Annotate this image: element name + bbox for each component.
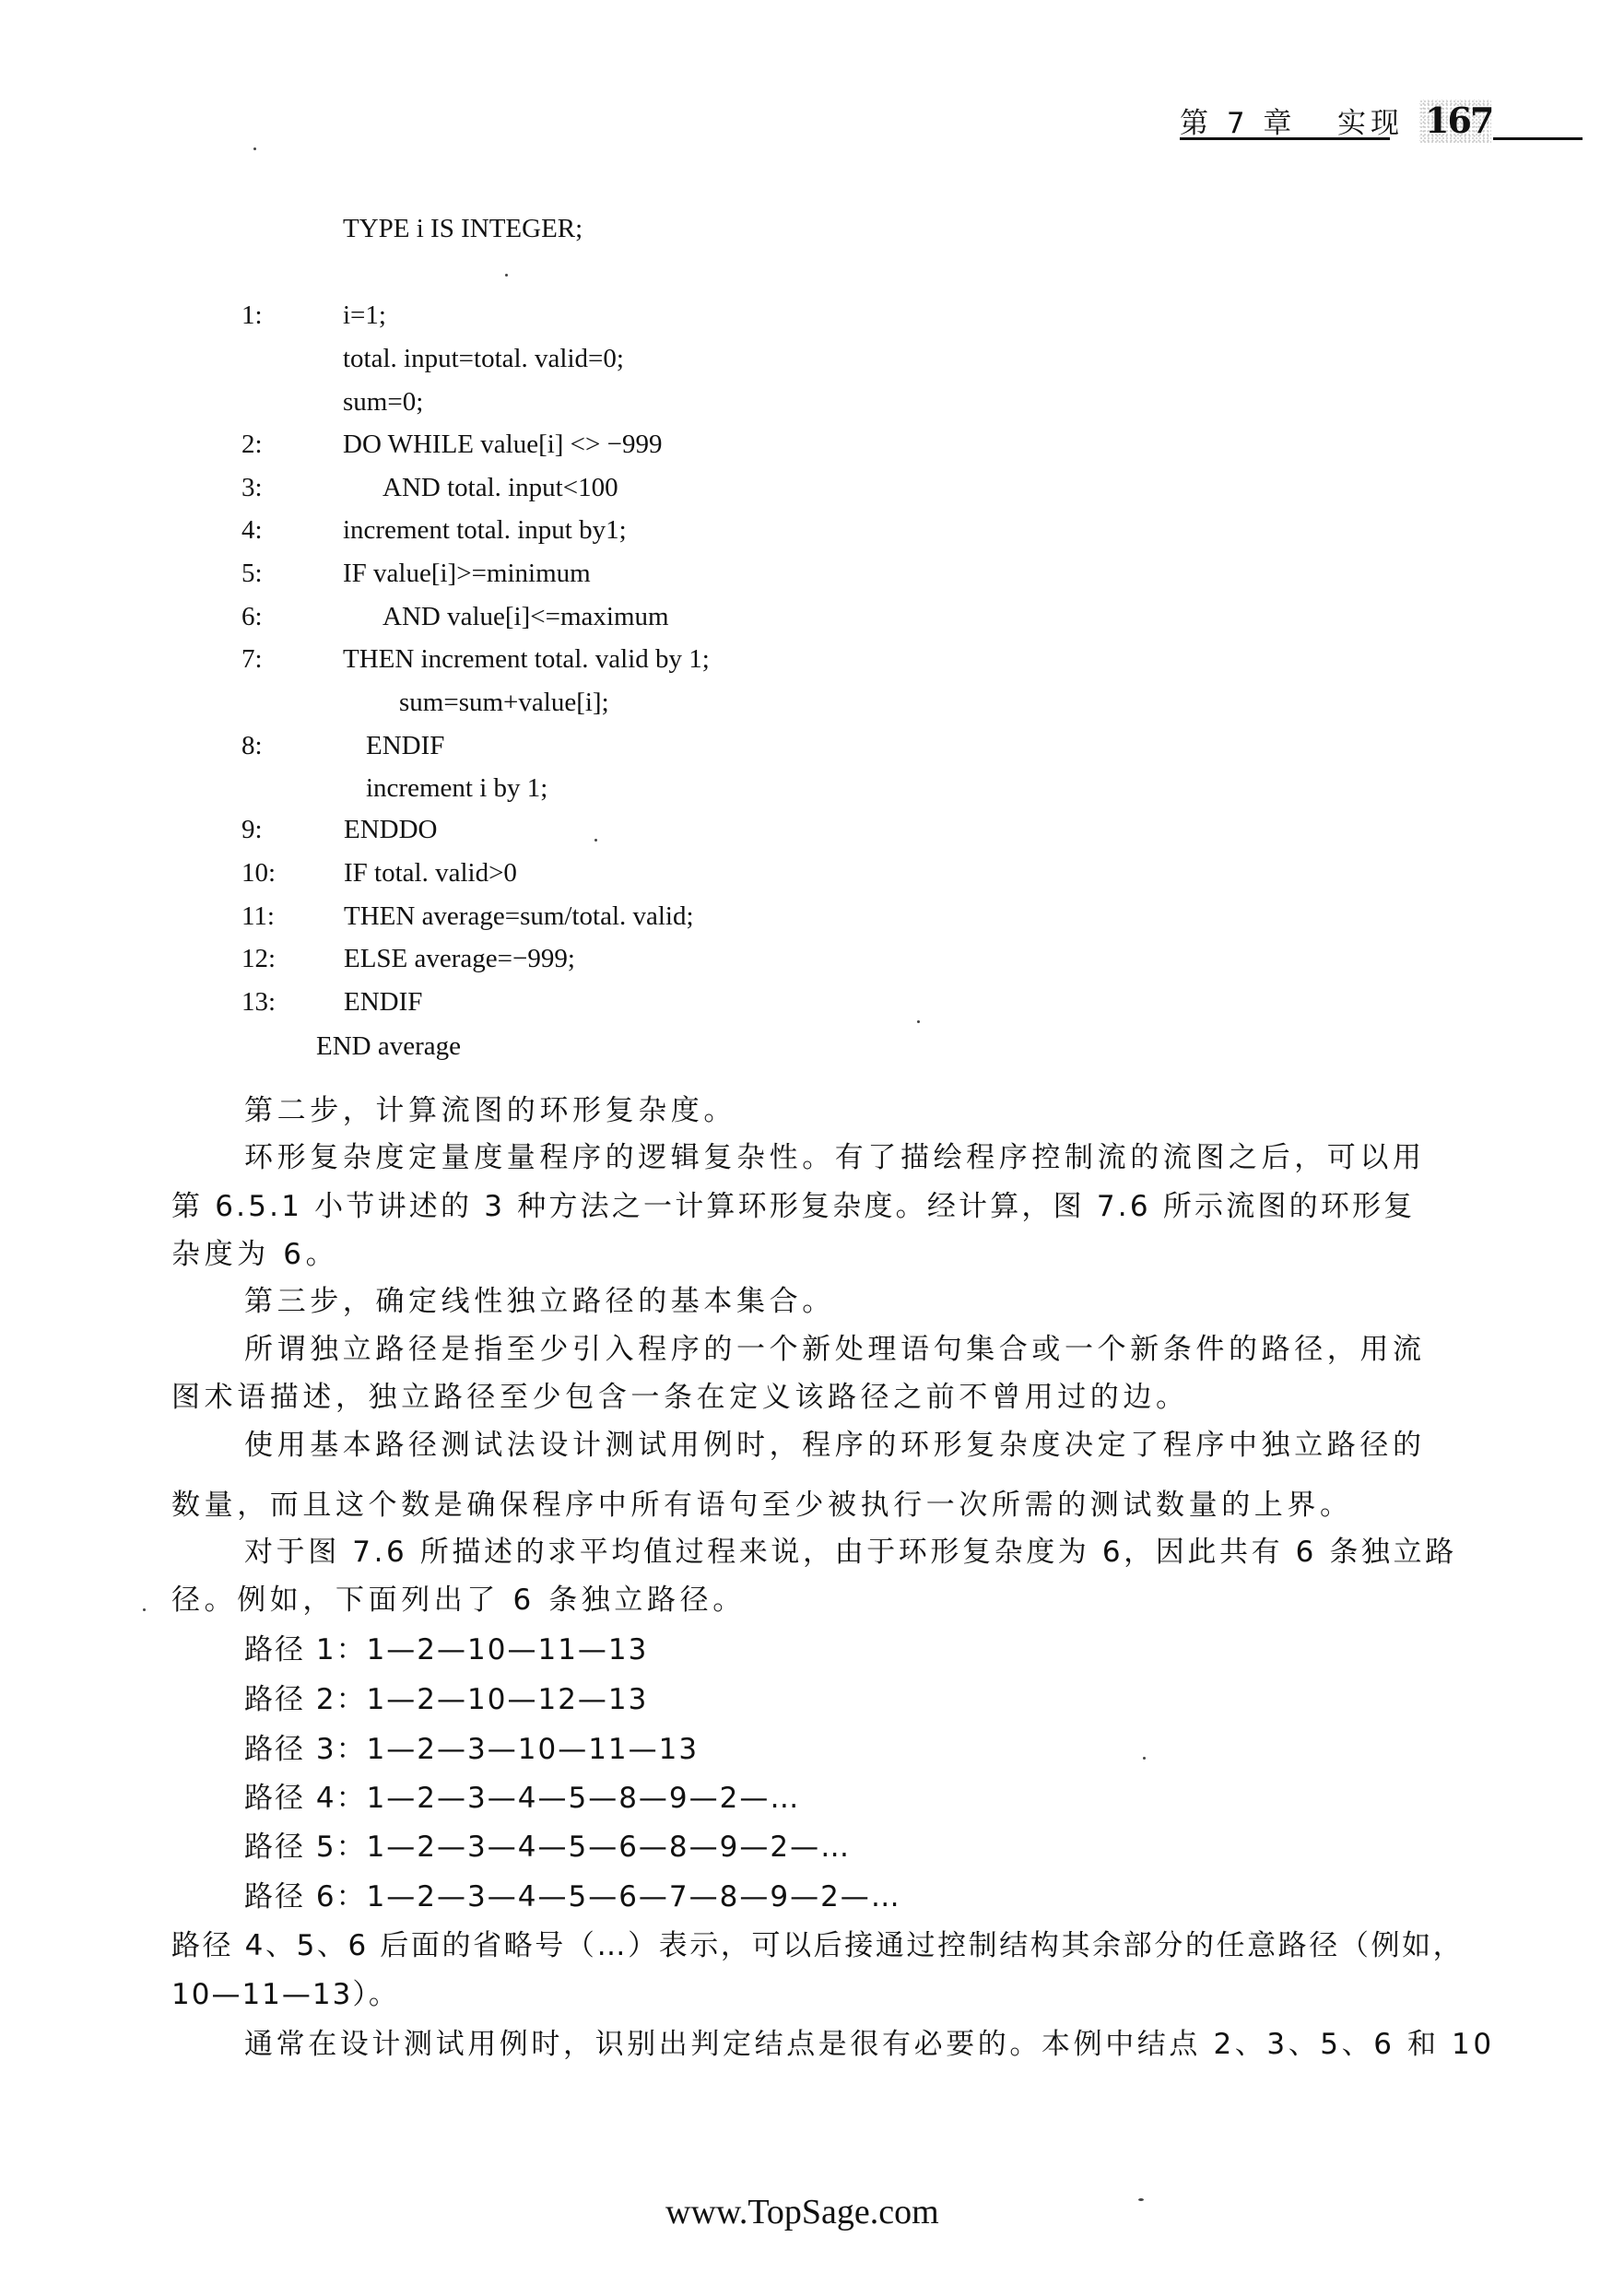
chapter-header: 第 7 章 实现 — [1180, 100, 1404, 141]
paragraph-line: 杂度为 6。 — [171, 1237, 338, 1272]
code-line: ENDDO — [344, 813, 438, 846]
scan-speck — [917, 1020, 920, 1023]
code-line: AND total. input<100 — [382, 471, 618, 504]
scan-speck — [1143, 1757, 1146, 1760]
code-line: i=1; — [343, 299, 386, 332]
code-line: sum=sum+value[i]; — [399, 686, 609, 719]
code-line: DO WHILE value[i] <> −999 — [343, 428, 663, 461]
code-line-number: 5: — [241, 557, 263, 590]
header-rule-left — [1180, 137, 1390, 140]
code-line-number: 11: — [241, 900, 275, 933]
code-line-number: 1: — [241, 299, 263, 332]
code-line: IF total. valid>0 — [344, 856, 517, 889]
code-line-number: 7: — [241, 642, 263, 676]
paragraph-line: 第 6.5.1 小节讲述的 3 种方法之一计算环形复杂度。经计算，图 7.6 所… — [171, 1189, 1415, 1224]
paragraph-line: 对于图 7.6 所描述的求平均值过程来说，由于环形复杂度为 6，因此共有 6 条… — [244, 1535, 1457, 1570]
paragraph-line: 图术语描述，独立路径至少包含一条在定义该路径之前不曾用过的边。 — [171, 1380, 1189, 1415]
path-item: 路径 1：1—2—10—11—13 — [244, 1632, 648, 1667]
page-number: 167 — [1425, 100, 1492, 141]
code-line-number: 3: — [241, 471, 263, 504]
scan-speck — [1138, 2198, 1144, 2201]
code-line-number: 2: — [241, 428, 263, 461]
code-line-number: 12: — [241, 942, 276, 975]
paragraph-line: 通常在设计测试用例时，识别出判定结点是很有必要的。本例中结点 2、3、5、6 和… — [244, 2027, 1495, 2062]
code-line: ENDIF — [344, 985, 422, 1018]
paragraph-line: 数量，而且这个数是确保程序中所有语句至少被执行一次所需的测试数量的上界。 — [171, 1488, 1353, 1523]
path-item: 路径 2：1—2—10—12—13 — [244, 1682, 648, 1717]
code-line-number: 13: — [241, 985, 276, 1018]
code-line-number: 8: — [241, 729, 263, 762]
paragraph-line: 路径 4、5、6 后面的省略号（…）表示，可以后接通过控制结构其余部分的任意路径… — [171, 1928, 1464, 1963]
code-line-number: 4: — [241, 513, 263, 547]
code-line-number: 10: — [241, 856, 276, 889]
code-line: THEN average=sum/total. valid; — [344, 900, 694, 933]
paragraph-line: 径。例如，下面列出了 6 条独立路径。 — [171, 1583, 746, 1618]
code-type-decl: TYPE i IS INTEGER; — [343, 212, 583, 245]
code-line: IF value[i]>=minimum — [343, 557, 591, 590]
scan-speck — [143, 1608, 146, 1611]
scan-speck — [594, 839, 597, 842]
paragraph-line: 所谓独立路径是指至少引入程序的一个新处理语句集合或一个新条件的路径，用流 — [244, 1332, 1426, 1367]
step2-heading: 第二步，计算流图的环形复杂度。 — [244, 1093, 736, 1128]
path-item: 路径 3：1—2—3—10—11—13 — [244, 1732, 699, 1767]
book-page: 第 7 章 实现 167 TYPE i IS INTEGER; 1: i=1; … — [0, 0, 1624, 2296]
path-item: 路径 5：1—2—3—4—5—6—8—9—2—… — [244, 1830, 851, 1865]
code-line: THEN increment total. valid by 1; — [343, 642, 710, 676]
scan-speck — [505, 274, 508, 277]
code-line: increment total. input by1; — [343, 513, 627, 547]
code-line-number: 6: — [241, 600, 263, 633]
path-item: 路径 6：1—2—3—4—5—6—7—8—9—2—… — [244, 1879, 901, 1914]
paragraph-line: 10—11—13）。 — [171, 1977, 399, 2012]
header-rule-right — [1493, 137, 1583, 140]
path-item: 路径 4：1—2—3—4—5—8—9—2—… — [244, 1781, 800, 1816]
code-end-line: END average — [316, 1030, 461, 1063]
paragraph-line: 环形复杂度定量度量程序的逻辑复杂性。有了描绘程序控制流的流图之后，可以用 — [244, 1140, 1426, 1175]
code-line: ENDIF — [366, 729, 444, 762]
step3-heading: 第三步，确定线性独立路径的基本集合。 — [244, 1284, 835, 1319]
code-line-number: 9: — [241, 813, 263, 846]
code-line: ELSE average=−999; — [344, 942, 575, 975]
scan-speck — [253, 147, 256, 150]
footer-url: www.TopSage.com — [665, 2192, 939, 2232]
paragraph-line: 使用基本路径测试法设计测试用例时，程序的环形复杂度决定了程序中独立路径的 — [244, 1428, 1426, 1463]
code-line: increment i by 1; — [366, 771, 547, 805]
code-line: AND value[i]<=maximum — [382, 600, 669, 633]
code-line: sum=0; — [343, 385, 423, 418]
code-line: total. input=total. valid=0; — [343, 342, 624, 375]
